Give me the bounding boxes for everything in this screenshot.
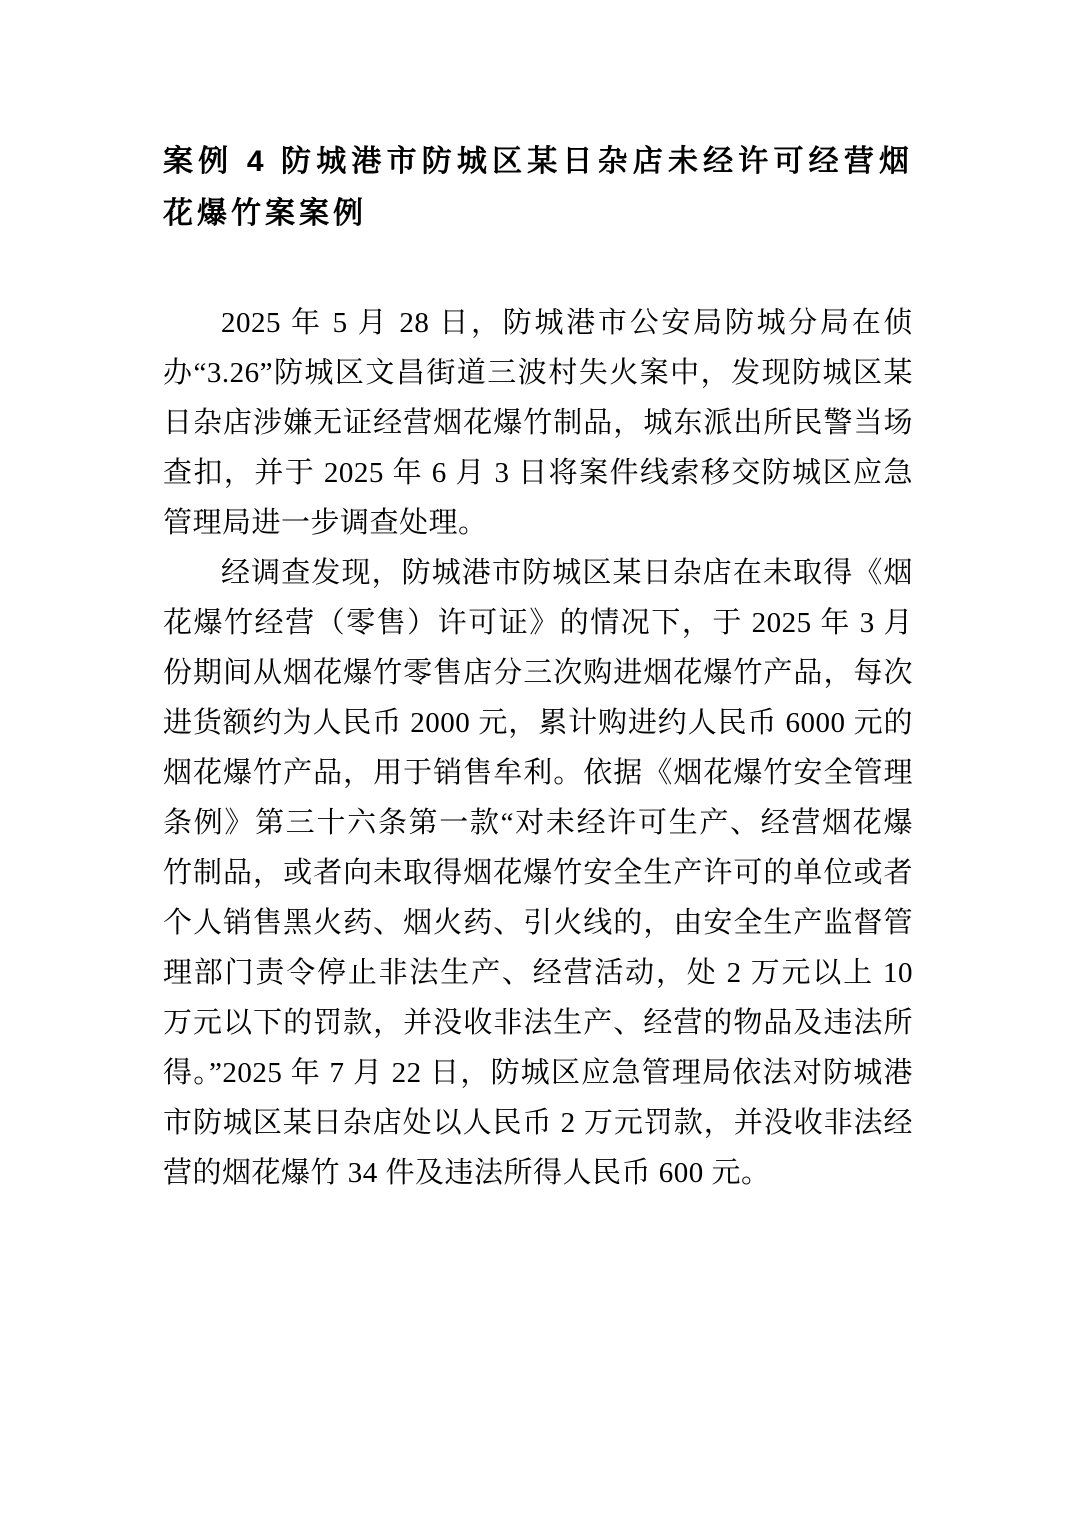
document-page: 案例 4 防城港市防城区某日杂店未经许可经营烟花爆竹案案例 2025 年 5 月… — [0, 0, 1074, 1520]
paragraph-2: 经调查发现，防城港市防城区某日杂店在未取得《烟花爆竹经营（零售）许可证》的情况下… — [163, 548, 913, 1198]
paragraph-1: 2025 年 5 月 28 日，防城港市公安局防城分局在侦办“3.26”防城区文… — [163, 298, 913, 548]
document-content: 案例 4 防城港市防城区某日杂店未经许可经营烟花爆竹案案例 2025 年 5 月… — [163, 136, 913, 1198]
case-title: 案例 4 防城港市防城区某日杂店未经许可经营烟花爆竹案案例 — [163, 136, 913, 240]
